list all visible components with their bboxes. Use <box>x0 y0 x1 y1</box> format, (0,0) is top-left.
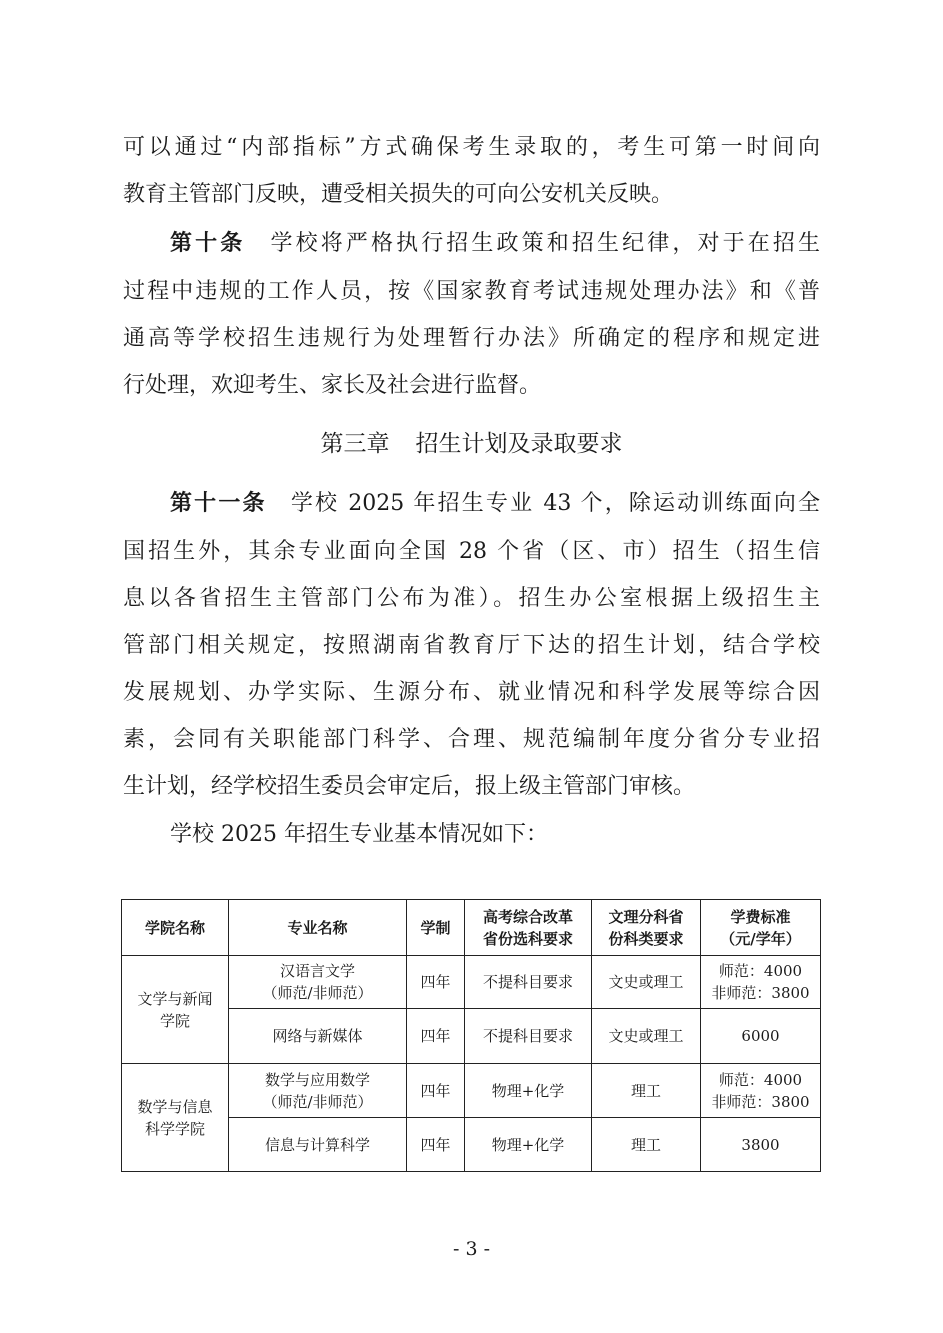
tuition-line: 师范：4000 <box>701 1069 820 1091</box>
tuition-cell: 3800 <box>701 1118 821 1172</box>
paragraph-line: 可以通过“内部指标”方式确保考生录取的，考生可第一时间向 <box>123 133 820 163</box>
article-11-text: 学校 2025 年招生专业 43 个，除运动训练面向全 <box>289 491 820 516</box>
header-line: 高考综合改革 <box>465 906 591 928</box>
major-line: 汉语言文学 <box>229 960 406 982</box>
chapter-title: 招生计划及录取要求 <box>416 431 623 457</box>
duration-cell: 四年 <box>407 1009 465 1064</box>
track-cell: 理工 <box>592 1064 701 1118</box>
tuition-cell: 师范：4000非师范：3800 <box>701 1064 821 1118</box>
header-track-requirement: 文理分科省份科类要求 <box>592 900 701 956</box>
article-10-label: 第十条 <box>170 231 245 256</box>
major-line: （师范/非师范） <box>229 982 406 1004</box>
paragraph-line: 行处理，欢迎考生、家长及社会进行监督。 <box>123 371 820 401</box>
header-line: 份科类要求 <box>592 928 700 950</box>
header-reform-requirement: 高考综合改革省份选科要求 <box>465 900 592 956</box>
major-line: （师范/非师范） <box>229 1091 406 1113</box>
header-major: 专业名称 <box>229 900 407 956</box>
tuition-line: 非师范：3800 <box>701 982 820 1004</box>
track-cell: 理工 <box>592 1118 701 1172</box>
table-row: 文学与新闻学院 汉语言文学（师范/非师范） 四年 不提科目要求 文史或理工 师范… <box>122 956 821 1009</box>
major-line: 数学与应用数学 <box>229 1069 406 1091</box>
majors-table: 学院名称 专业名称 学制 高考综合改革省份选科要求 文理分科省份科类要求 学费标… <box>121 899 821 1172</box>
reform-cell: 物理+化学 <box>465 1118 592 1172</box>
college-cell: 文学与新闻学院 <box>122 956 229 1064</box>
article-11-label: 第十一条 <box>170 491 267 516</box>
paragraph-line: 息以各省招生主管部门公布为准）。招生办公室根据上级招生主 <box>123 584 820 614</box>
header-line: 文理分科省 <box>592 906 700 928</box>
article-11-first-line: 第十一条学校 2025 年招生专业 43 个，除运动训练面向全 <box>170 489 820 519</box>
reform-cell: 不提科目要求 <box>465 1009 592 1064</box>
paragraph-line: 过程中违规的工作人员，按《国家教育考试违规处理办法》和《普 <box>123 277 820 307</box>
major-cell: 网络与新媒体 <box>229 1009 407 1064</box>
reform-cell: 物理+化学 <box>465 1064 592 1118</box>
header-duration: 学制 <box>407 900 465 956</box>
tuition-cell: 师范：4000非师范：3800 <box>701 956 821 1009</box>
college-line: 文学与新闻 <box>122 988 228 1010</box>
table-intro: 学校 2025 年招生专业基本情况如下： <box>170 820 820 850</box>
paragraph-line: 教育主管部门反映，遭受相关损失的可向公安机关反映。 <box>123 180 820 210</box>
header-college: 学院名称 <box>122 900 229 956</box>
tuition-cell: 6000 <box>701 1009 821 1064</box>
article-10-text: 学校将严格执行招生政策和招生纪律，对于在招生 <box>267 231 820 256</box>
header-line: 省份选科要求 <box>465 928 591 950</box>
header-line: （元/学年） <box>701 928 820 950</box>
college-line: 数学与信息 <box>122 1096 228 1118</box>
header-tuition: 学费标准（元/学年） <box>701 900 821 956</box>
paragraph-line: 国招生外，其余专业面向全国 28 个省（区、市）招生（招生信 <box>123 537 820 567</box>
header-line: 学费标准 <box>701 906 820 928</box>
paragraph-line: 通高等学校招生违规行为处理暂行办法》所确定的程序和规定进 <box>123 324 820 354</box>
college-line: 科学学院 <box>122 1118 228 1140</box>
tuition-line: 师范：4000 <box>701 960 820 982</box>
duration-cell: 四年 <box>407 1064 465 1118</box>
college-cell: 数学与信息科学学院 <box>122 1064 229 1172</box>
chapter-number: 第三章 <box>321 431 390 457</box>
track-cell: 文史或理工 <box>592 1009 701 1064</box>
major-cell: 汉语言文学（师范/非师范） <box>229 956 407 1009</box>
paragraph-line: 素，会同有关职能部门科学、合理、规范编制年度分省分专业招 <box>123 725 820 755</box>
major-cell: 信息与计算科学 <box>229 1118 407 1172</box>
duration-cell: 四年 <box>407 1118 465 1172</box>
college-line: 学院 <box>122 1010 228 1032</box>
major-cell: 数学与应用数学（师范/非师范） <box>229 1064 407 1118</box>
track-cell: 文史或理工 <box>592 956 701 1009</box>
table-row: 数学与信息科学学院 数学与应用数学（师范/非师范） 四年 物理+化学 理工 师范… <box>122 1064 821 1118</box>
article-10-first-line: 第十条学校将严格执行招生政策和招生纪律，对于在招生 <box>170 229 820 259</box>
tuition-line: 非师范：3800 <box>701 1091 820 1113</box>
reform-cell: 不提科目要求 <box>465 956 592 1009</box>
paragraph-line: 生计划，经学校招生委员会审定后，报上级主管部门审核。 <box>123 772 820 802</box>
paragraph-line: 发展规划、办学实际、生源分布、就业情况和科学发展等综合因 <box>123 678 820 708</box>
page-number: - 3 - <box>0 1238 943 1260</box>
paragraph-line: 管部门相关规定，按照湖南省教育厅下达的招生计划，结合学校 <box>123 631 820 661</box>
duration-cell: 四年 <box>407 956 465 1009</box>
table-header-row: 学院名称 专业名称 学制 高考综合改革省份选科要求 文理分科省份科类要求 学费标… <box>122 900 821 956</box>
chapter-heading: 第三章招生计划及录取要求 <box>0 428 943 460</box>
